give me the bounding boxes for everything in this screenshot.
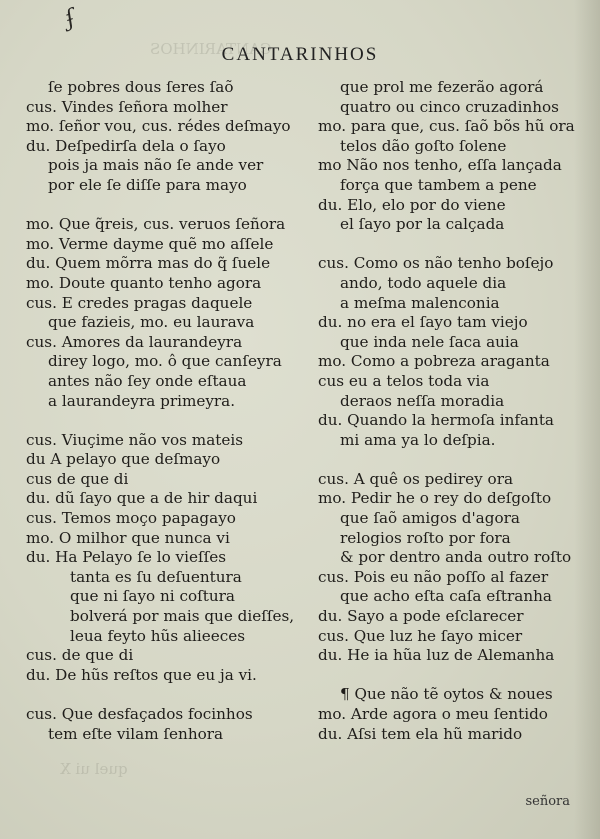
verse-line: mo. O milhor que nunca vi xyxy=(26,529,311,549)
verse-line: du. He ia hũa luz de Alemanha xyxy=(318,646,588,666)
verse-line: telos dão goſto ſolene xyxy=(318,137,588,157)
verse-line: mo. Que q̃reis, cus. veruos ſeñora xyxy=(26,215,311,235)
verse-line: mo. Arde agora o meu ſentido xyxy=(318,705,588,725)
verse-line: mo. Pedir he o rey do deſgoſto xyxy=(318,489,588,509)
verse-line: bolverá por mais que dieſſes, xyxy=(26,607,311,627)
verse-line: cus. Que desfaçados focinhos xyxy=(26,705,311,725)
verse-line: cus. Vindes ſeñora molher xyxy=(26,98,311,118)
verse-line: du. De hũs reſtos que eu ja vi. xyxy=(26,666,311,686)
verse-line: a meſma malenconia xyxy=(318,294,588,314)
stanza-break xyxy=(318,450,588,470)
verse-line: mo. Verme dayme quẽ mo aſſele xyxy=(26,235,311,255)
running-head: CANTARINHOS xyxy=(0,44,600,66)
verse-line: ſe pobres dous ſeres ſaõ xyxy=(26,78,311,98)
verse-line: mo. Como a pobreza araganta xyxy=(318,352,588,372)
verse-line: deraos neſſa moradia xyxy=(318,392,588,412)
verse-line: mo. ſeñor vou, cus. rédes deſmayo xyxy=(26,117,311,137)
verse-line: que prol me fezerão agorá xyxy=(318,78,588,98)
corner-ink-mark: ʄ xyxy=(62,5,78,31)
verse-line: mo. para que, cus. ſaõ bõs hũ ora xyxy=(318,117,588,137)
verse-line: cus. Que luz he ſayo micer xyxy=(318,627,588,647)
verse-line: mo. Doute quanto tenho agora xyxy=(26,274,311,294)
verse-line: tem eſte vilam ſenhora xyxy=(26,725,311,745)
verse-line: quatro ou cinco cruzadinhos xyxy=(318,98,588,118)
verse-line: cus. Como os não tenho boſejo xyxy=(318,254,588,274)
verse-line: por ele ſe diſſe para mayo xyxy=(26,176,311,196)
verse-line: antes não ſey onde eſtaua xyxy=(26,372,311,392)
verse-line: relogios roſto por fora xyxy=(318,529,588,549)
verse-line: du. Elo, elo por do viene xyxy=(318,196,588,216)
verse-line: du A pelayo que deſmayo xyxy=(26,450,311,470)
verse-line: du. Ha Pelayo ſe lo vieſſes xyxy=(26,548,311,568)
verse-line: el ſayo por la calçada xyxy=(318,215,588,235)
verse-line: que ſaõ amigos d'agora xyxy=(318,509,588,529)
verse-line: mi ama ya lo deſpia. xyxy=(318,431,588,451)
verse-line: leua feyto hũs alieeces xyxy=(26,627,311,647)
show-through-text: quel ui X xyxy=(60,760,128,778)
verse-line: pois ja mais não ſe ande ver xyxy=(26,156,311,176)
verse-line: força que tambem a pene xyxy=(318,176,588,196)
verse-line: cus. Amores da laurandeyra xyxy=(26,333,311,353)
stanza-break xyxy=(318,235,588,255)
verse-line: du. Quem mõrra mas do q̃ ſuele xyxy=(26,254,311,274)
verse-line: cus. A quê os pedirey ora xyxy=(318,470,588,490)
verse-line: ¶ Que não tẽ oytos & noues xyxy=(318,685,588,705)
verse-line: du. Deſpedirſa dela o ſayo xyxy=(26,137,311,157)
verse-line: & por dentro anda outro roſto xyxy=(318,548,588,568)
verse-line: mo Não nos tenho, eſſa lançada xyxy=(318,156,588,176)
verse-line: cus. Pois eu não poſſo al fazer xyxy=(318,568,588,588)
verse-line: a laurandeyra primeyra. xyxy=(26,392,311,412)
verse-line: que acho eſta caſa eſtranha xyxy=(318,587,588,607)
stanza-break xyxy=(26,411,311,431)
verse-line: que ni ſayo ni coſtura xyxy=(26,587,311,607)
verse-line: que inda nele ſaca auia xyxy=(318,333,588,353)
verse-line: ando, todo aquele dia xyxy=(318,274,588,294)
right-column: que prol me fezerão agoráquatro ou cinco… xyxy=(318,78,588,744)
verse-line: que fazieis, mo. eu laurava xyxy=(26,313,311,333)
verse-line: du. Sayo a pode eſclarecer xyxy=(318,607,588,627)
verse-line: du. dũ ſayo que a de hir daqui xyxy=(26,489,311,509)
verse-line: cus de que di xyxy=(26,470,311,490)
verse-line: direy logo, mo. ô que canſeyra xyxy=(26,352,311,372)
verse-line: cus. Temos moço papagayo xyxy=(26,509,311,529)
left-column: ſe pobres dous ſeres ſaõcus. Vindes ſeño… xyxy=(26,78,311,744)
stanza-break xyxy=(26,685,311,705)
verse-line: du. Quando la hermoſa infanta xyxy=(318,411,588,431)
verse-line: du. no era el ſayo tam viejo xyxy=(318,313,588,333)
verse-line: cus. de que di xyxy=(26,646,311,666)
stanza-break xyxy=(26,196,311,216)
verse-line: tanta es ſu deſuentura xyxy=(26,568,311,588)
catchword: señora xyxy=(525,794,570,809)
verse-line: du. Aſsi tem ela hũ marido xyxy=(318,725,588,745)
stanza-break xyxy=(318,666,588,686)
verse-line: cus eu a telos toda via xyxy=(318,372,588,392)
verse-line: cus. Viuçime não vos mateis xyxy=(26,431,311,451)
verse-line: cus. E credes pragas daquele xyxy=(26,294,311,314)
